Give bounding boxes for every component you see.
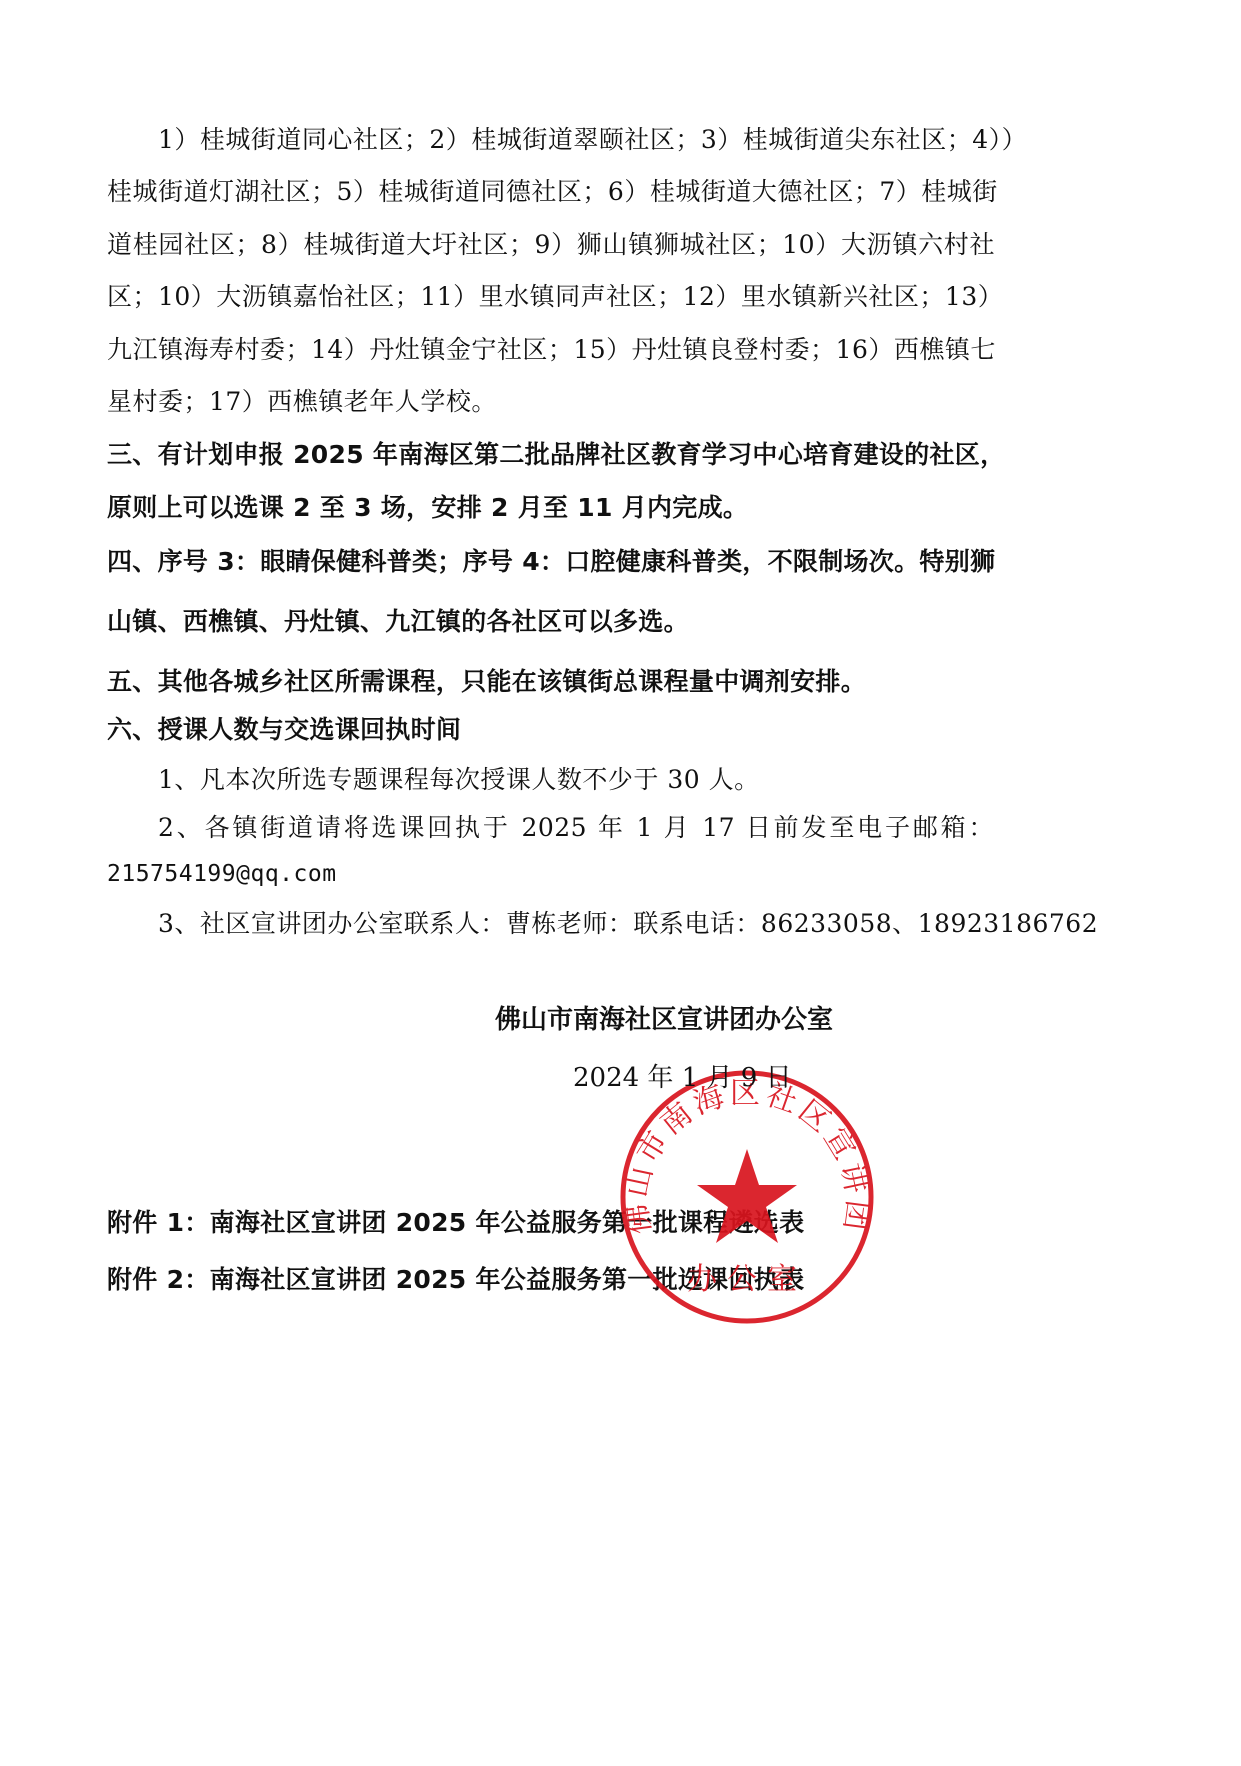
section-six-item-3: 3、社区宣讲团办公室联系人：曹栋老师：联系电话：86233058、1892318… — [158, 911, 994, 936]
community-list-line-5: 九江镇海寿村委；14）丹灶镇金宁社区；15）丹灶镇良登村委；16）西樵镇七 — [107, 337, 995, 362]
official-seal-stamp: 佛山市南海区社区宣讲团 办公室 — [617, 1067, 877, 1327]
section-six-item-2: 2、各镇街道请将选课回执于 2025 年 1 月 17 日前发至电子邮箱： — [158, 815, 994, 840]
contact-email-link[interactable]: 215754199@qq.com — [107, 863, 337, 886]
seal-bottom-text: 办公室 — [687, 1262, 807, 1297]
section-six-heading: 六、授课人数与交选课回执时间 — [107, 717, 461, 742]
section-three-line-2: 原则上可以选课 2 至 3 场，安排 2 月至 11 月内完成。 — [107, 495, 748, 520]
community-list-line-6: 星村委；17）西樵镇老年人学校。 — [107, 389, 497, 414]
section-six-item-1: 1、凡本次所选专题课程每次授课人数不少于 30 人。 — [158, 767, 760, 792]
section-five-line-1: 五、其他各城乡社区所需课程，只能在该镇街总课程量中调剂安排。 — [107, 669, 866, 694]
community-list-line-2: 桂城街道灯湖社区；5）桂城街道同德社区；6）桂城街道大德社区；7）桂城街 — [107, 179, 995, 204]
signature-organization: 佛山市南海社区宣讲团办公室 — [495, 1007, 833, 1033]
signature-date: 2024 年 1 月 9 日 — [573, 1065, 792, 1091]
star-icon — [697, 1149, 797, 1243]
section-four-line-2: 山镇、西樵镇、丹灶镇、九江镇的各社区可以多选。 — [107, 609, 689, 634]
section-three-line-1: 三、有计划申报 2025 年南海区第二批品牌社区教育学习中心培育建设的社区， — [107, 442, 995, 467]
section-four-line-1: 四、序号 3：眼睛保健科普类；序号 4：口腔健康科普类，不限制场次。特别狮 — [107, 549, 995, 574]
community-list-line-1: 1）桂城街道同心社区；2）桂城街道翠颐社区；3）桂城街道尖东社区；4）） — [158, 127, 994, 152]
community-list-line-4: 区；10）大沥镇嘉怡社区；11）里水镇同声社区；12）里水镇新兴社区；13） — [107, 284, 995, 309]
community-list-line-3: 道桂园社区；8）桂城街道大圩社区；9）狮山镇狮城社区；10）大沥镇六村社 — [107, 232, 995, 257]
